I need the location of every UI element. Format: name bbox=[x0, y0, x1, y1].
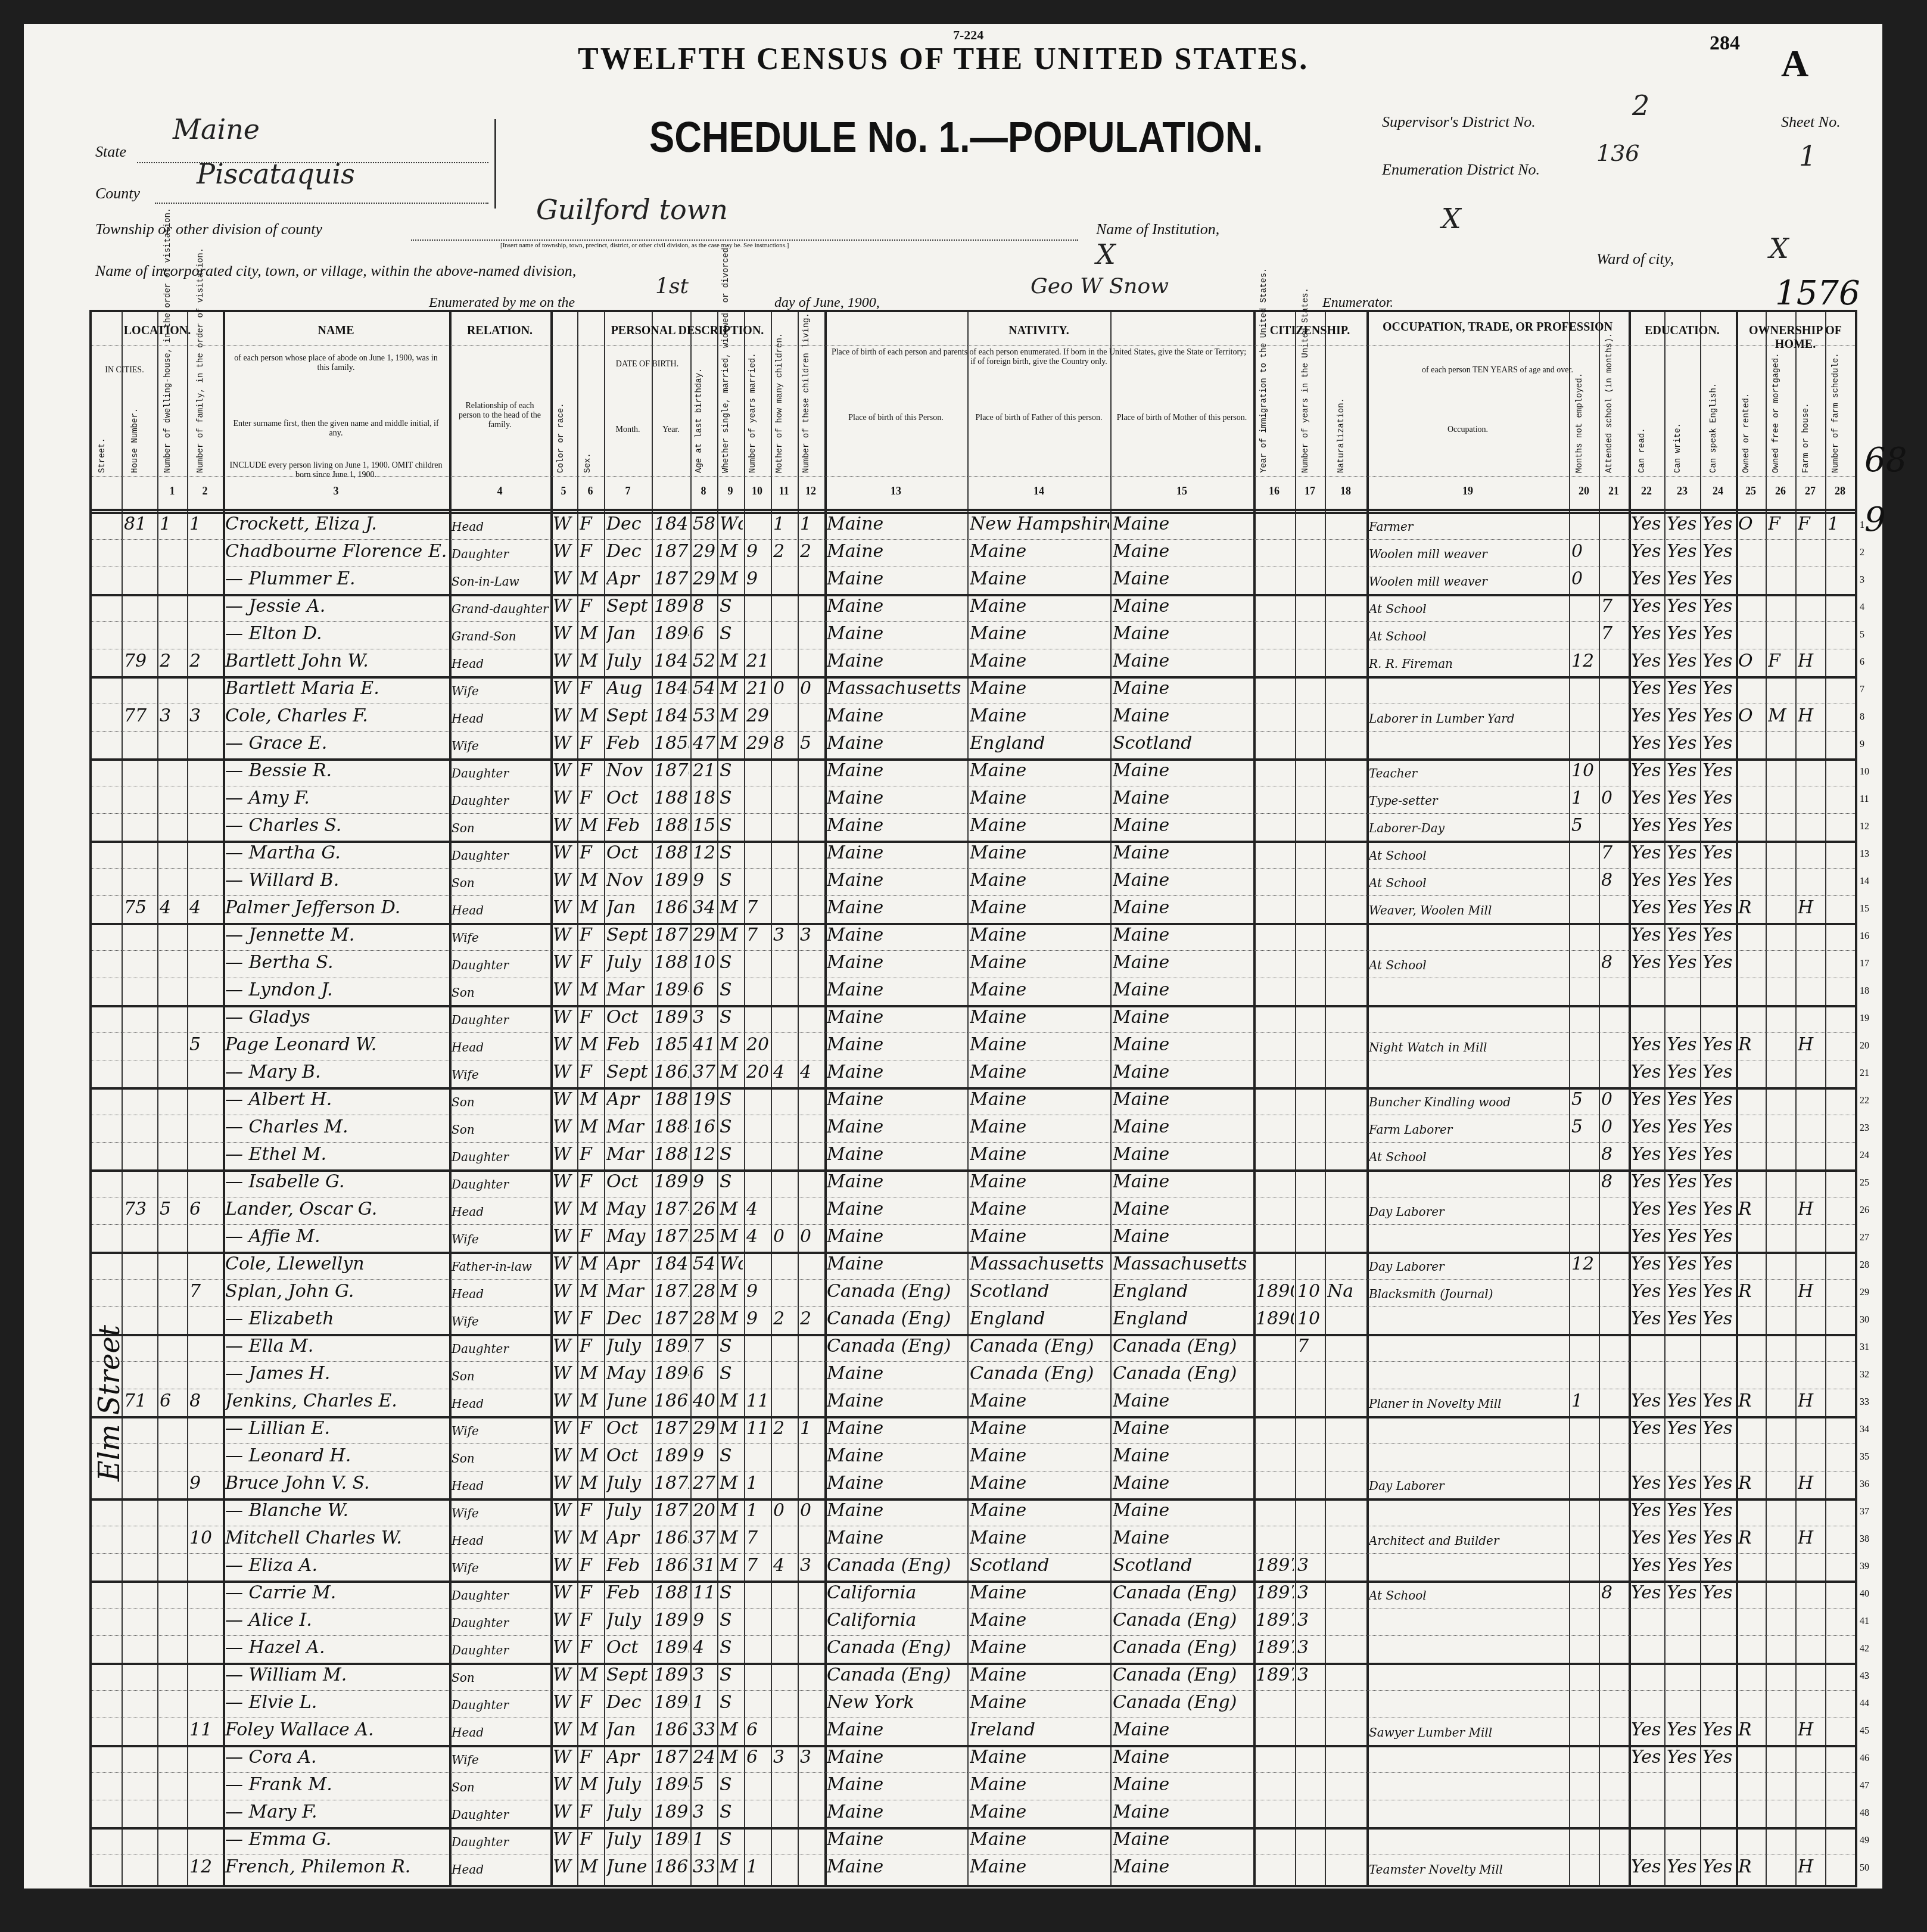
cell-name: — Ethel M. bbox=[225, 1140, 448, 1169]
cell-eng: Yes bbox=[1702, 1469, 1735, 1498]
cell-mother: 2 bbox=[773, 1414, 796, 1443]
cell-year: 1878 bbox=[654, 756, 689, 786]
cell-month: Feb bbox=[606, 1551, 650, 1581]
cell-sex: M bbox=[580, 1852, 603, 1882]
cell-marital: S bbox=[720, 1578, 743, 1608]
column-number: 4 bbox=[491, 485, 509, 497]
cell-marital: M bbox=[720, 1030, 743, 1060]
cell-color: W bbox=[553, 1194, 576, 1224]
cell-bf: Maine bbox=[970, 1030, 1109, 1060]
cell-color: W bbox=[553, 1715, 576, 1745]
cell-year: 1894 bbox=[654, 1359, 689, 1389]
cell-marital: M bbox=[720, 701, 743, 731]
cell-color: W bbox=[553, 866, 576, 895]
cell-color: W bbox=[553, 1606, 576, 1635]
cell-month: Apr bbox=[606, 564, 650, 594]
cell-color: W bbox=[553, 948, 576, 978]
cell-marital: M bbox=[720, 1469, 743, 1498]
cell-color: W bbox=[553, 1414, 576, 1443]
cell-bf: England bbox=[970, 1304, 1109, 1334]
cell-color: W bbox=[553, 783, 576, 813]
cell-color: W bbox=[553, 920, 576, 950]
cell-bm: Maine bbox=[1113, 838, 1252, 868]
cell-write: Yes bbox=[1667, 1030, 1699, 1060]
cell-month: Dec bbox=[606, 1688, 650, 1718]
cell-age: 58 bbox=[693, 509, 716, 539]
cell-write: Yes bbox=[1667, 756, 1699, 786]
cell-name: — Plummer E. bbox=[225, 564, 448, 594]
cell-bp: Maine bbox=[827, 646, 966, 676]
cell-bp: Maine bbox=[827, 1140, 966, 1169]
cell-read: Yes bbox=[1631, 1167, 1663, 1197]
vertical-column-header: Can write. bbox=[1673, 372, 1683, 473]
cell-living: 0 bbox=[800, 674, 823, 704]
column-number: 24 bbox=[1709, 485, 1727, 497]
vertical-column-header: Can read. bbox=[1638, 372, 1647, 473]
cell-bm: England bbox=[1113, 1277, 1252, 1306]
cell-family: 12 bbox=[189, 1852, 222, 1882]
vertical-column-header: Can speak English. bbox=[1709, 372, 1719, 473]
cell-dwelling: 6 bbox=[160, 1386, 186, 1416]
cell-year: 1889 bbox=[654, 948, 689, 978]
cell-bf: Maine bbox=[970, 1660, 1109, 1690]
table-row: — Leonard H.SonWMOct18909SMaineMaineMain… bbox=[92, 1443, 1855, 1471]
cell-write: Yes bbox=[1667, 1523, 1699, 1553]
column-number: 11 bbox=[775, 485, 793, 497]
cell-living: 4 bbox=[800, 1057, 823, 1087]
cell-write: Yes bbox=[1667, 1194, 1699, 1224]
cell-color: W bbox=[553, 1633, 576, 1663]
cell-age: 5 bbox=[693, 1770, 716, 1800]
cell-relation: Daughter bbox=[452, 1581, 549, 1610]
cell-read: Yes bbox=[1631, 619, 1663, 649]
cell-bp: Maine bbox=[827, 893, 966, 923]
cell-month: Apr bbox=[606, 1743, 650, 1772]
column-number: 12 bbox=[802, 485, 820, 497]
header-rule bbox=[92, 476, 1855, 477]
table-row: 8111Crockett, Eliza J.HeadWFDec184158Wd1… bbox=[92, 512, 1855, 539]
cell-year: 1894 bbox=[654, 975, 689, 1005]
line-number: 30 bbox=[1860, 1315, 1869, 1326]
cell-year: 1867 bbox=[654, 1715, 689, 1745]
enumerator-label: Enumerator. bbox=[1322, 295, 1393, 311]
cell-name: — Blanche W. bbox=[225, 1496, 448, 1526]
cell-eng: Yes bbox=[1702, 893, 1735, 923]
line-number: 45 bbox=[1860, 1726, 1869, 1737]
county-value: Piscataquis bbox=[197, 158, 355, 190]
cell-relation: Daughter bbox=[452, 841, 549, 870]
cell-year: 1869 bbox=[654, 1551, 689, 1581]
side-note: 68 bbox=[1864, 441, 1907, 480]
cell-sex: F bbox=[580, 1578, 603, 1608]
line-number: 34 bbox=[1860, 1424, 1869, 1435]
cell-color: W bbox=[553, 1222, 576, 1252]
cell-dwelling: 2 bbox=[160, 646, 186, 676]
cell-bm: Maine bbox=[1113, 1003, 1252, 1032]
township-value: Guilford town bbox=[536, 194, 728, 226]
column-number: 1 bbox=[163, 485, 181, 497]
cell-unemp: 5 bbox=[1571, 811, 1598, 841]
section-heading: OWNERSHIP OF HOME. bbox=[1736, 324, 1855, 351]
cell-write: Yes bbox=[1667, 1249, 1699, 1279]
cell-write: Yes bbox=[1667, 1578, 1699, 1608]
column-number: 6 bbox=[581, 485, 599, 497]
cell-sex: M bbox=[580, 975, 603, 1005]
line-number: 3 bbox=[1860, 575, 1864, 586]
table-row: 5Page Leonard W.HeadWMFeb185941M20MaineM… bbox=[92, 1032, 1855, 1060]
cell-relation: Wife bbox=[452, 1498, 549, 1528]
cell-own: R bbox=[1738, 1277, 1764, 1306]
cell-color: W bbox=[553, 1825, 576, 1855]
cell-color: W bbox=[553, 1277, 576, 1306]
column-subheader: Relationship of each person to the head … bbox=[455, 402, 544, 430]
line-number: 29 bbox=[1860, 1287, 1869, 1298]
line-number: 48 bbox=[1860, 1808, 1869, 1819]
section-heading: RELATION. bbox=[449, 324, 550, 338]
column-number: 20 bbox=[1575, 485, 1593, 497]
table-row: — Emma G.DaughterWFJuly18981SMaineMaineM… bbox=[92, 1827, 1855, 1855]
line-number: 10 bbox=[1860, 767, 1869, 777]
column-number: 2 bbox=[196, 485, 214, 497]
cell-own: R bbox=[1738, 1523, 1764, 1553]
cell-bm: Maine bbox=[1113, 1441, 1252, 1471]
cell-ym: 1 bbox=[746, 1852, 770, 1882]
cell-sex: F bbox=[580, 592, 603, 621]
table-row: — William M.SonWMSept18963SCanada (Eng)M… bbox=[92, 1663, 1855, 1690]
cell-name: — Grace E. bbox=[225, 729, 448, 758]
cell-sex: M bbox=[580, 893, 603, 923]
cell-bm: Canada (Eng) bbox=[1113, 1578, 1252, 1608]
cell-bp: Maine bbox=[827, 1770, 966, 1800]
line-number: 19 bbox=[1860, 1013, 1869, 1024]
cell-color: W bbox=[553, 674, 576, 704]
table-row: — James H.SonWMMay18946SMaineCanada (Eng… bbox=[92, 1361, 1855, 1389]
cell-relation: Daughter bbox=[452, 1169, 549, 1199]
cell-write: Yes bbox=[1667, 1304, 1699, 1334]
cell-age: 3 bbox=[693, 1797, 716, 1827]
cell-month: July bbox=[606, 1825, 650, 1855]
table-row: 12French, Philemon R.HeadWMJune186633M1M… bbox=[92, 1855, 1855, 1882]
cell-living: 5 bbox=[800, 729, 823, 758]
cell-bm: Maine bbox=[1113, 646, 1252, 676]
cell-sex: M bbox=[580, 701, 603, 731]
cell-sex: M bbox=[580, 1112, 603, 1142]
cell-eng: Yes bbox=[1702, 619, 1735, 649]
cell-sex: F bbox=[580, 1606, 603, 1635]
cell-ym: 4 bbox=[746, 1222, 770, 1252]
cell-bp: Maine bbox=[827, 1715, 966, 1745]
cell-imm: 1897 bbox=[1256, 1578, 1294, 1608]
cell-month: July bbox=[606, 1496, 650, 1526]
census-sheet: 7-224 TWELFTH CENSUS OF THE UNITED STATE… bbox=[24, 24, 1882, 1889]
cell-read: Yes bbox=[1631, 838, 1663, 868]
cell-year: 1841 bbox=[654, 509, 689, 539]
line-number: 7 bbox=[1860, 685, 1864, 695]
cell-bm: Canada (Eng) bbox=[1113, 1359, 1252, 1389]
cell-year: 1872 bbox=[654, 1277, 689, 1306]
line-number: 16 bbox=[1860, 931, 1869, 942]
cell-bp: Maine bbox=[827, 838, 966, 868]
cell-bm: Maine bbox=[1113, 1085, 1252, 1115]
cell-color: W bbox=[553, 1386, 576, 1416]
cell-bm: Maine bbox=[1113, 893, 1252, 923]
vertical-column-header: Number of family, in the order of visita… bbox=[196, 372, 206, 473]
cell-name: — Lyndon J. bbox=[225, 975, 448, 1005]
cell-read: Yes bbox=[1631, 729, 1663, 758]
cell-write: Yes bbox=[1667, 893, 1699, 923]
cell-year: 1890 bbox=[654, 1606, 689, 1635]
cell-bf: Maine bbox=[970, 1770, 1109, 1800]
cell-marital: M bbox=[720, 646, 743, 676]
cell-unemp: 5 bbox=[1571, 1112, 1598, 1142]
cell-write: Yes bbox=[1667, 838, 1699, 868]
table-row: — Blanche W.WifeWFJuly187920M100MaineMai… bbox=[92, 1498, 1855, 1526]
cell-bm: Maine bbox=[1113, 975, 1252, 1005]
cell-sex: F bbox=[580, 1003, 603, 1032]
cell-read: Yes bbox=[1631, 537, 1663, 567]
cell-year: 1884 bbox=[654, 1112, 689, 1142]
cell-marital: S bbox=[720, 1825, 743, 1855]
line-number: 41 bbox=[1860, 1616, 1869, 1627]
cell-imm: 1897 bbox=[1256, 1606, 1294, 1635]
cell-bf: Maine bbox=[970, 893, 1109, 923]
line-number: 5 bbox=[1860, 630, 1864, 640]
table-row: — Alice I.DaughterWFJuly18909SCalifornia… bbox=[92, 1608, 1855, 1635]
cell-sex: M bbox=[580, 1523, 603, 1553]
cell-color: W bbox=[553, 1441, 576, 1471]
cell-eng: Yes bbox=[1702, 1194, 1735, 1224]
cell-bf: Maine bbox=[970, 1222, 1109, 1252]
cell-bp: Maine bbox=[827, 948, 966, 978]
cell-living: 1 bbox=[800, 1414, 823, 1443]
cell-year: 1891 bbox=[654, 592, 689, 621]
cell-bp: Maine bbox=[827, 1441, 966, 1471]
cell-relation: Daughter bbox=[452, 786, 549, 816]
table-row: — Charles M.SonWMMar188416SMaineMaineMai… bbox=[92, 1115, 1855, 1142]
cell-year: 1885 bbox=[654, 811, 689, 841]
cell-marital: S bbox=[720, 1167, 743, 1197]
cell-name: — Willard B. bbox=[225, 866, 448, 895]
cell-bp: Maine bbox=[827, 920, 966, 950]
cell-relation: Son bbox=[452, 813, 549, 843]
line-number: 31 bbox=[1860, 1342, 1869, 1353]
cell-own: O bbox=[1738, 509, 1764, 539]
cell-month: Apr bbox=[606, 1249, 650, 1279]
cell-month: Jan bbox=[606, 1715, 650, 1745]
cell-write: Yes bbox=[1667, 646, 1699, 676]
cell-mother: 0 bbox=[773, 674, 796, 704]
table-row: — Mary F.DaughterWFJuly18963SMaineMaineM… bbox=[92, 1800, 1855, 1827]
cell-school: 8 bbox=[1601, 866, 1627, 895]
cell-sex: F bbox=[580, 509, 603, 539]
cell-bf: Maine bbox=[970, 1797, 1109, 1827]
cell-age: 34 bbox=[693, 893, 716, 923]
cell-relation: Wife bbox=[452, 1224, 549, 1254]
cell-name: — Mary B. bbox=[225, 1057, 448, 1087]
cell-bf: Maine bbox=[970, 619, 1109, 649]
cell-year: 1862 bbox=[654, 1057, 689, 1087]
cell-color: W bbox=[553, 701, 576, 731]
enumeration-label: Enumeration District No. bbox=[1382, 161, 1540, 179]
line-number: 21 bbox=[1860, 1068, 1869, 1079]
line-number: 43 bbox=[1860, 1671, 1869, 1682]
cell-occ: At School bbox=[1369, 868, 1568, 898]
cell-bf: Maine bbox=[970, 920, 1109, 950]
cell-color: W bbox=[553, 592, 576, 621]
cell-color: W bbox=[553, 1030, 576, 1060]
cell-bp: California bbox=[827, 1578, 966, 1608]
cell-house: 77 bbox=[124, 701, 156, 731]
cell-marital: S bbox=[720, 1140, 743, 1169]
cell-name: French, Philemon R. bbox=[225, 1852, 448, 1882]
cell-year: 1894 bbox=[654, 619, 689, 649]
table-row: — Mary B.WifeWFSept186237M2044MaineMaine… bbox=[92, 1060, 1855, 1087]
cell-age: 10 bbox=[693, 948, 716, 978]
cell-own: R bbox=[1738, 1194, 1764, 1224]
cell-marital: S bbox=[720, 1660, 743, 1690]
cell-relation: Daughter bbox=[452, 1800, 549, 1830]
cell-sex: M bbox=[580, 1660, 603, 1690]
cell-read: Yes bbox=[1631, 1030, 1663, 1060]
column-subheader: Month. bbox=[604, 425, 652, 435]
cell-bp: Maine bbox=[827, 1469, 966, 1498]
cell-eng: Yes bbox=[1702, 920, 1735, 950]
cell-bf: Maine bbox=[970, 1140, 1109, 1169]
cell-month: June bbox=[606, 1386, 650, 1416]
vertical-column-header: Number of years in the United States. bbox=[1301, 372, 1310, 473]
cell-bf: Maine bbox=[970, 1578, 1109, 1608]
cell-occ: Day Laborer bbox=[1369, 1471, 1568, 1501]
column-number: 10 bbox=[748, 485, 766, 497]
vertical-column-header: Color or race. bbox=[556, 372, 566, 473]
cell-year: 1847 bbox=[654, 646, 689, 676]
cell-eng: Yes bbox=[1702, 783, 1735, 813]
cell-marital: Wd bbox=[720, 1249, 743, 1279]
cell-name: Chadbourne Florence E. bbox=[225, 537, 448, 567]
cell-sex: F bbox=[580, 1825, 603, 1855]
cell-eng: Yes bbox=[1702, 592, 1735, 621]
cell-marital: S bbox=[720, 1003, 743, 1032]
cell-bp: Maine bbox=[827, 866, 966, 895]
township-underline bbox=[411, 239, 1078, 241]
cell-name: — Bertha S. bbox=[225, 948, 448, 978]
cell-relation: Wife bbox=[452, 923, 549, 953]
cell-name: Jenkins, Charles E. bbox=[225, 1386, 448, 1416]
cell-year: 1874 bbox=[654, 1194, 689, 1224]
cell-school: 8 bbox=[1601, 948, 1627, 978]
cell-bf: Maine bbox=[970, 948, 1109, 978]
cell-relation: Daughter bbox=[452, 1142, 549, 1172]
cell-color: W bbox=[553, 1331, 576, 1361]
cell-age: 29 bbox=[693, 564, 716, 594]
vertical-column-header: Naturalization. bbox=[1337, 372, 1346, 473]
cell-bp: Maine bbox=[827, 729, 966, 758]
cell-unemp: 5 bbox=[1571, 1085, 1598, 1115]
cell-color: W bbox=[553, 1770, 576, 1800]
cell-month: Nov bbox=[606, 866, 650, 895]
cell-sex: M bbox=[580, 1469, 603, 1498]
cell-bf: Canada (Eng) bbox=[970, 1359, 1109, 1389]
cell-bm: Maine bbox=[1113, 509, 1252, 539]
cell-name: — Elizabeth bbox=[225, 1304, 448, 1334]
cell-read: Yes bbox=[1631, 592, 1663, 621]
cell-age: 11 bbox=[693, 1578, 716, 1608]
cell-year: 1896 bbox=[654, 1003, 689, 1032]
cell-marital: M bbox=[720, 674, 743, 704]
cell-month: Oct bbox=[606, 1414, 650, 1443]
cell-color: W bbox=[553, 1743, 576, 1772]
cell-bm: Maine bbox=[1113, 564, 1252, 594]
cell-bm: Canada (Eng) bbox=[1113, 1633, 1252, 1663]
cell-write: Yes bbox=[1667, 1112, 1699, 1142]
cell-imm: 1897 bbox=[1256, 1633, 1294, 1663]
cell-age: 29 bbox=[693, 1414, 716, 1443]
cell-bm: England bbox=[1113, 1304, 1252, 1334]
cell-write: Yes bbox=[1667, 1167, 1699, 1197]
cell-read: Yes bbox=[1631, 1715, 1663, 1745]
cell-year: 1866 bbox=[654, 1852, 689, 1882]
cell-month: Sept bbox=[606, 1057, 650, 1087]
cell-imm: 1897 bbox=[1256, 1551, 1294, 1581]
cell-name: — Elton D. bbox=[225, 619, 448, 649]
cell-read: Yes bbox=[1631, 509, 1663, 539]
cell-relation: Daughter bbox=[452, 1690, 549, 1720]
cell-bp: Maine bbox=[827, 1249, 966, 1279]
cell-bp: Canada (Eng) bbox=[827, 1304, 966, 1334]
cell-month: July bbox=[606, 1469, 650, 1498]
cell-year: 1898 bbox=[654, 1825, 689, 1855]
cell-marital: M bbox=[720, 1194, 743, 1224]
cell-eng: Yes bbox=[1702, 1523, 1735, 1553]
cell-bm: Maine bbox=[1113, 866, 1252, 895]
cell-ym: 21 bbox=[746, 646, 770, 676]
cell-age: 9 bbox=[693, 1167, 716, 1197]
cell-color: W bbox=[553, 1469, 576, 1498]
cell-own: O bbox=[1738, 701, 1764, 731]
line-number: 40 bbox=[1860, 1589, 1869, 1600]
cell-year: 1853 bbox=[654, 729, 689, 758]
cell-bf: Maine bbox=[970, 646, 1109, 676]
cell-age: 29 bbox=[693, 920, 716, 950]
cell-eng: Yes bbox=[1702, 1715, 1735, 1745]
cell-color: W bbox=[553, 537, 576, 567]
cell-name: — Lillian E. bbox=[225, 1414, 448, 1443]
cell-eng: Yes bbox=[1702, 811, 1735, 841]
cell-bm: Maine bbox=[1113, 1770, 1252, 1800]
line-number: 20 bbox=[1860, 1041, 1869, 1051]
cell-farm: H bbox=[1798, 1715, 1824, 1745]
cell-ym: 29 bbox=[746, 729, 770, 758]
header-rule bbox=[92, 345, 1855, 346]
cell-write: Yes bbox=[1667, 1414, 1699, 1443]
cell-name: — Affie M. bbox=[225, 1222, 448, 1252]
cell-ym: 7 bbox=[746, 893, 770, 923]
cell-marital: M bbox=[720, 1551, 743, 1581]
cell-bf: Maine bbox=[970, 1606, 1109, 1635]
vertical-column-header: House Number. bbox=[130, 372, 140, 473]
cell-read: Yes bbox=[1631, 1496, 1663, 1526]
cell-occ: Laborer-Day bbox=[1369, 813, 1568, 843]
cell-age: 1 bbox=[693, 1688, 716, 1718]
line-number: 17 bbox=[1860, 959, 1869, 969]
cell-read: Yes bbox=[1631, 1852, 1663, 1882]
cell-bf: Massachusetts bbox=[970, 1249, 1109, 1279]
cell-mother: 1 bbox=[773, 509, 796, 539]
census-title: TWELFTH CENSUS OF THE UNITED STATES. bbox=[578, 42, 1309, 77]
cell-color: W bbox=[553, 1304, 576, 1334]
column-number: 19 bbox=[1459, 485, 1477, 497]
cell-name: — Eliza A. bbox=[225, 1551, 448, 1581]
